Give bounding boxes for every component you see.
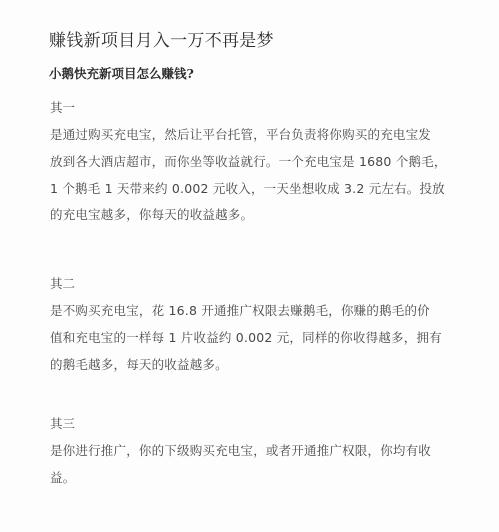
section-heading-3: 其三	[50, 414, 75, 432]
document-subtitle: 小鹅快充新项目怎么赚钱?	[49, 64, 194, 82]
document-title: 赚钱新项目月入一万不再是梦	[49, 26, 274, 51]
section-1-line-4: 的充电宝越多，你每天的收益越多。	[50, 205, 253, 223]
section-heading-1: 其一	[50, 98, 75, 116]
section-3-line-1: 是你进行推广，你的下级购买充电宝，或者开通推广权限，你均有收	[50, 441, 431, 459]
section-2-line-2: 值和充电宝的一样每 1 片收益约 0.002 元，同样的你收得越多，拥有	[50, 328, 442, 346]
section-1-line-1: 是通过购买充电宝，然后让平台托管，平台负责将你购买的充电宝发	[50, 125, 431, 143]
section-2-line-3: 的鹅毛越多，每天的收益越多。	[50, 355, 228, 373]
section-heading-2: 其二	[50, 274, 75, 292]
section-2-line-1: 是不购买充电宝，花 16.8 开通推广权限去赚鹅毛，你赚的鹅毛的价	[50, 301, 430, 319]
section-1-line-3: 1 个鹅毛 1 天带来约 0.002 元收入，一天坐想收成 3.2 元左右。投放	[50, 179, 445, 197]
document-page: 赚钱新项目月入一万不再是梦 小鹅快充新项目怎么赚钱? 其一 是通过购买充电宝，然…	[0, 0, 499, 532]
section-1-line-2: 放到各大酒店超市，而你坐等收益就行。一个充电宝是 1680 个鹅毛，	[50, 152, 447, 170]
section-3-line-2: 益。	[50, 468, 75, 486]
